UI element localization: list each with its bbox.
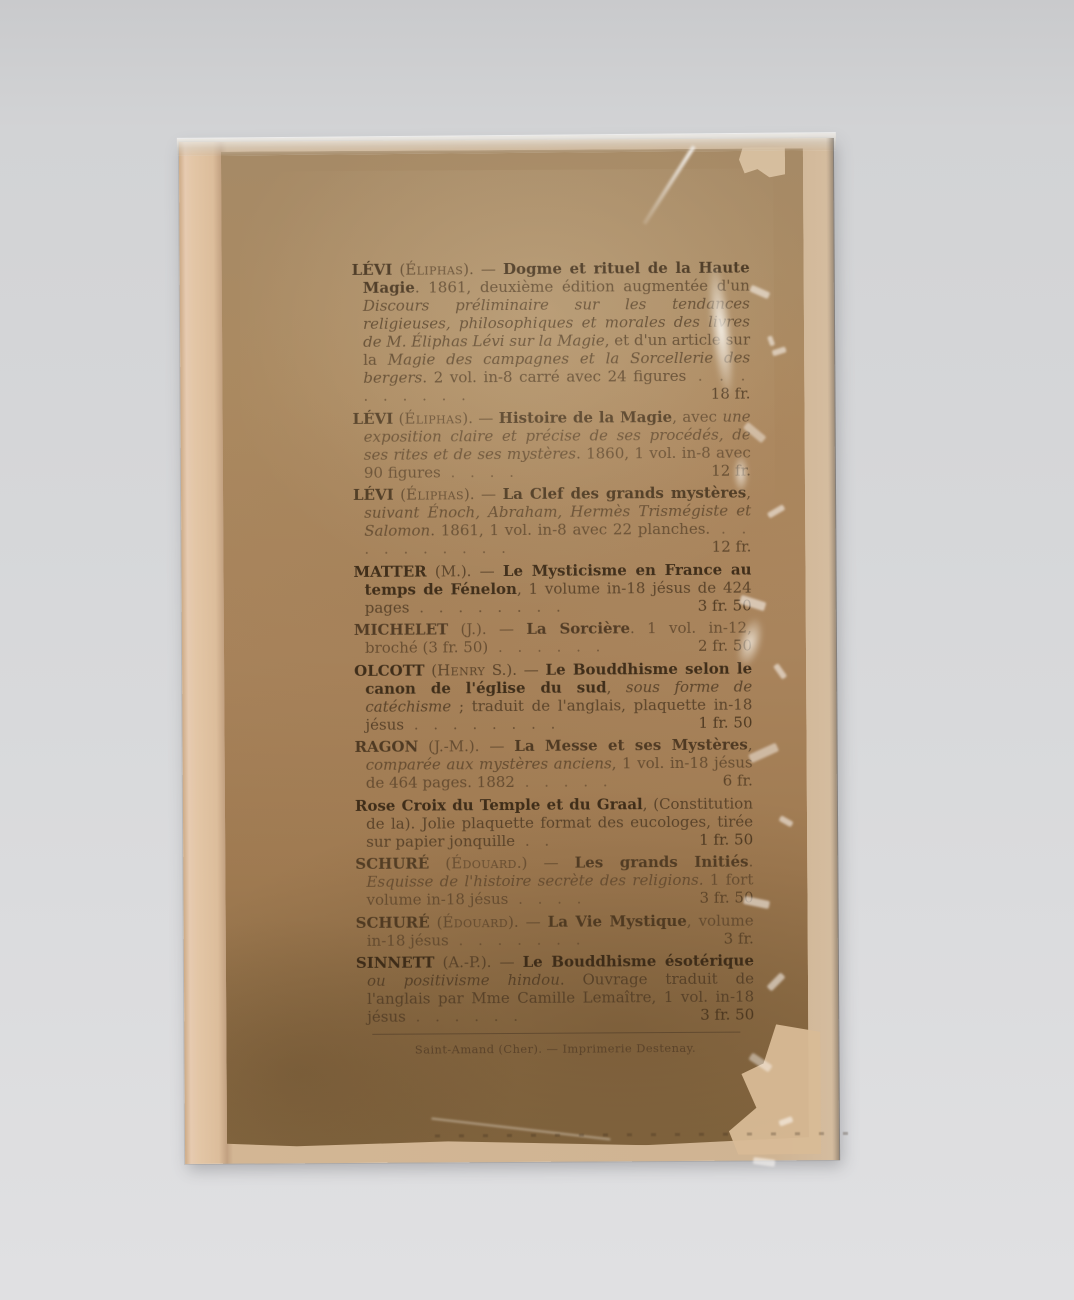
dot-leader: . . . . . . . . [404,714,560,733]
catalog-entry: LÉVI (Éliphas). — Histoire de la Magie, … [353,407,751,481]
dot-leader: . . . . . . . . [409,597,565,616]
photo-backdrop: LÉVI (Éliphas). — Dogme et rituel de la … [0,0,1074,1300]
dot-leader: . . . . [508,890,586,908]
entry-price: 12 fr. [723,538,752,556]
dot-leader: . . . . . [515,772,613,791]
catalog-entry: SCHURÉ (Édouard). — La Vie Mystique, vol… [356,911,754,949]
entry-price: 2 fr. 50 [709,637,752,655]
entry-price: 6 fr. [734,772,753,790]
entry-price: 3 fr. [735,929,754,947]
dot-leader: . . . . [441,462,519,480]
entry-price: 1 fr. 50 [710,830,753,848]
catalog-entry: LÉVI (Éliphas). — La Clef des grands mys… [353,484,751,558]
catalog-entry: SINNETT (A.-P.). — Le Bouddhisme ésotéri… [356,952,754,1026]
book-back-cover: LÉVI (Éliphas). — Dogme et rituel de la … [179,138,839,1164]
dot-leader: . . . . . . [488,637,605,656]
printer-imprint: Saint-Amand (Cher). — Imprimerie Destena… [356,1039,754,1059]
entry-price: 3 fr. 50 [709,596,752,614]
catalog-entry: OLCOTT (Henry S.). — Le Bouddhisme selon… [354,659,752,733]
entry-price: 3 fr. 50 [711,1006,754,1024]
dot-leader: . . [515,831,554,849]
entry-price: 3 fr. 50 [710,889,753,907]
entry-price: 18 fr. [722,385,751,403]
publisher-catalog: LÉVI (Éliphas). — Dogme et rituel de la … [352,259,755,1059]
catalog-entries: LÉVI (Éliphas). — Dogme et rituel de la … [352,259,755,1026]
dot-leader: . . . . . . . [449,930,586,949]
catalog-entry: LÉVI (Éliphas). — Dogme et rituel de la … [352,259,751,405]
imprint-rule [372,1032,740,1035]
entry-price: 12 fr. [722,461,751,479]
entry-price: 1 fr. 50 [709,713,752,731]
dot-leader: . . . . . . [406,1007,523,1026]
catalog-entry: MATTER (M.). — Le Mysticisme en France a… [353,560,751,616]
catalog-entry: RAGON (J.-M.). — La Messe et ses Mystère… [355,736,753,792]
catalog-entry: SCHURÉ (Édouard.) — Les grands Initiés. … [355,853,753,909]
catalog-entry: Rose Croix du Temple et du Graal, (Const… [355,794,753,850]
catalog-entry: MICHELET (J.). — La Sorcière. 1 vol. in-… [354,619,752,657]
